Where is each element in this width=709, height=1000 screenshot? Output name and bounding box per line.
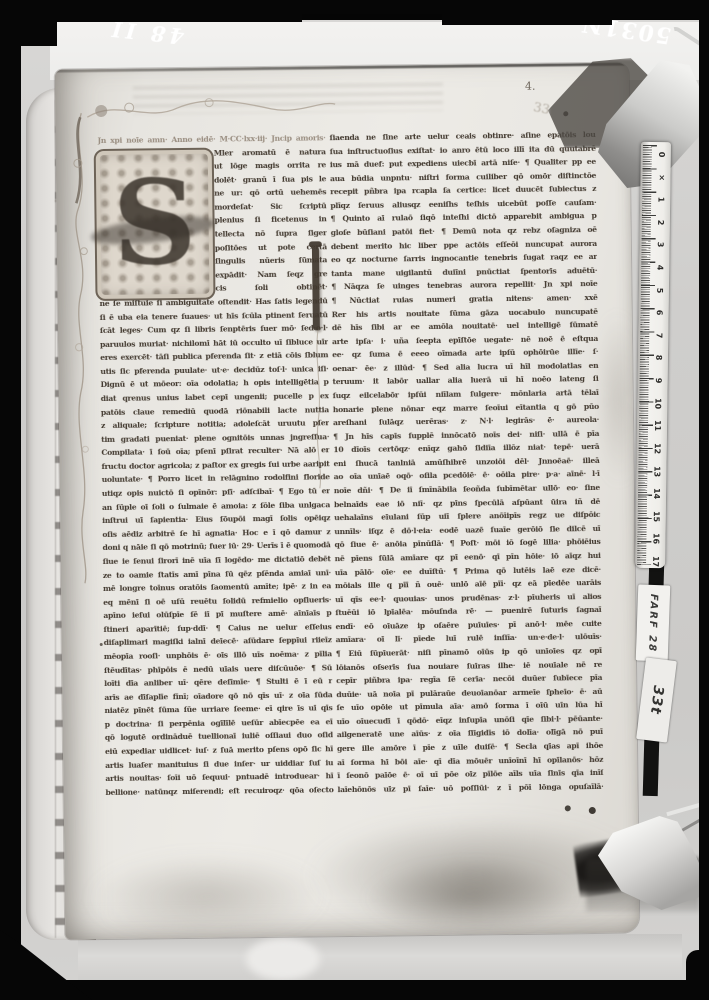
ruler-mark: 17	[652, 556, 661, 567]
ruler-mark: 0	[657, 152, 666, 158]
ruler-mark: 5	[655, 287, 664, 293]
ruler-mark: 16	[652, 533, 661, 544]
manuscript-page: S 4. 33 Jn xpi noīe amn· Anno eidē· M·CC…	[55, 63, 640, 940]
text-line: ut lōge magis orrita re	[214, 158, 326, 173]
ruler-mark: 2	[656, 220, 665, 226]
text-line: expādit· Nam ſeqz gre	[215, 267, 327, 282]
folio-number: 4.	[525, 80, 536, 93]
text-line: bellione· natūnqz miſerendi; eſt recuiro…	[105, 783, 333, 799]
ruler-mark: 1	[657, 197, 666, 203]
text-line: ſingulis nūeris ſūmata	[215, 253, 327, 268]
ruler-mark: ×	[657, 174, 666, 181]
archive-label-shelfmark: FARF 28	[636, 584, 671, 661]
backing-bottom-strip	[78, 934, 682, 982]
ruler-mark: 13	[653, 465, 662, 476]
text-line: mordeſat· Sic ſcriptū	[214, 199, 326, 214]
penwork-vine-icon	[85, 90, 337, 129]
film-frame-bottom	[0, 980, 709, 1000]
ruler-mark: 8	[654, 355, 663, 361]
text-line: Mler aromatū ē natura	[214, 145, 326, 160]
ruler-mark: 3	[656, 242, 665, 248]
text-line: tellecta nō ſupra ſiger	[215, 226, 327, 241]
text-line: cis ſoli obtinēt·	[215, 281, 327, 296]
ruler-mark: 10	[654, 398, 663, 409]
text-line: plenius ſi ficetenus in	[214, 213, 326, 228]
film-frame-left	[0, 0, 21, 1000]
film-frame-right	[699, 0, 709, 1000]
ruler-mark: 7	[655, 333, 664, 339]
wormhole	[565, 805, 571, 811]
text-line: poſitōes ut pote certā	[215, 240, 327, 255]
folio-number-faint: 33	[532, 100, 551, 118]
ruler-mark: 11	[653, 420, 662, 431]
ruler-mark: 15	[652, 511, 661, 522]
label-number-text: 33t	[647, 685, 666, 716]
damp-stain	[90, 854, 323, 939]
shelfmark-text: FARF 28	[646, 593, 659, 653]
ruler-mark: 4	[656, 265, 665, 271]
text-line: dolēt· granū ī ſua pis le	[214, 172, 326, 187]
measuring-ruler: 0×1234567891011121314151617	[635, 142, 671, 568]
wormhole	[589, 807, 596, 814]
film-frame-corner	[686, 950, 709, 1000]
text-column-right: ſiaenda ne ſine arte uelur ceais obtinre…	[329, 128, 603, 797]
text-line: laīehōnōs uīz pī ſaīe· uō poſſiūi· z ī p…	[337, 780, 603, 797]
ruler-mark: 9	[654, 378, 663, 384]
text-line: ne ur: qō ortū uehemēs	[214, 186, 326, 201]
text-column-left: Jn xpi noīe amn· Anno eidē· M·CC·lxx·iij…	[97, 131, 333, 799]
ruler-mark: 14	[652, 488, 661, 499]
ruler-mark: 6	[655, 310, 664, 316]
backing-highlight	[246, 938, 320, 980]
archival-photograph: { "photo": { "handwritten_top_left": "48…	[0, 0, 709, 1000]
wormhole	[100, 643, 103, 646]
ruler-mark: 12	[653, 443, 662, 454]
